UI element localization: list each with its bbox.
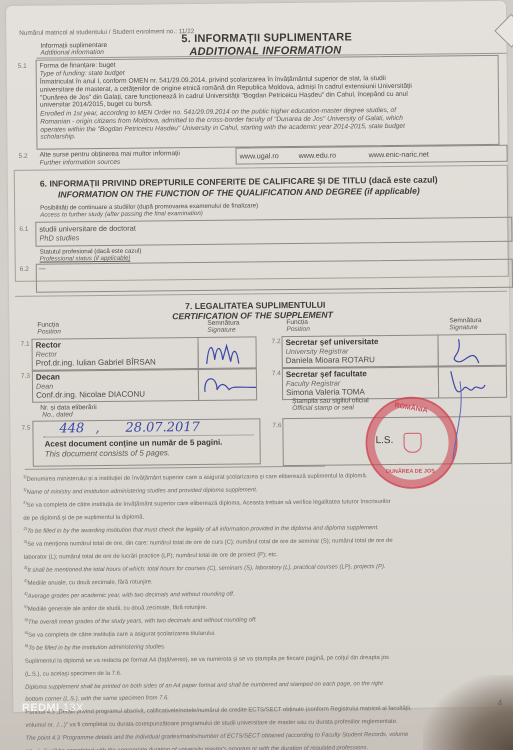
item-number: 7.1: [21, 341, 30, 348]
funding-box: Forma de finanțare: buget Type of fundin…: [36, 55, 500, 150]
signature-cell: [437, 334, 506, 367]
signatory-row: 7.4 Secretar șef facultate Faculty Regis…: [6, 1, 506, 6]
signatory-name: Simona Valeria TOMA: [286, 387, 365, 397]
signatory-row: 7.2 Secretar șef universitate University…: [6, 1, 506, 6]
position-cell: Decan Dean Conf.dr.ing. Nicolae DIACONU: [32, 369, 199, 403]
further-study-ro: studii universitare de doctorat: [39, 225, 136, 234]
professional-status-box: —: [36, 259, 513, 293]
stamp-label-en: Official stamp or seal: [292, 404, 354, 412]
role-ro: Rector: [36, 340, 61, 349]
further-study-en: PhD studies: [39, 234, 79, 242]
enrolment-details-ro: Înmatriculat în anul I, conform OMEN nr.…: [40, 75, 412, 110]
col-function-en-right: Position: [286, 326, 310, 334]
handwritten-signature-icon: [199, 369, 256, 400]
item-number: 7.2: [271, 338, 280, 345]
pages-note-ro: Acest document conține un număr de 5 pag…: [45, 438, 223, 449]
footnote-text: Se va completa de către instituția care …: [28, 630, 216, 638]
issue-date: 28.07.2017: [125, 420, 200, 436]
item-number: 7.5: [21, 425, 30, 432]
footnote-text: Denumirea ministerului și a instituției …: [26, 473, 367, 483]
link-enic-naric[interactable]: www.enic-naric.net: [369, 151, 429, 159]
info-links-box: www.ugal.ro www.edu.ro www.enic-naric.ne…: [235, 145, 507, 165]
signatories-table: 7.1 Rector Rector Prof.dr.ing. Iulian Ga…: [6, 1, 506, 6]
footnote-text: Mediile anuale, cu două zecimale, fără r…: [28, 579, 153, 586]
page-corner-marker: [494, 14, 513, 48]
further-info-label-en: Further information sources: [40, 159, 121, 168]
signatory-name: Prof.dr.ing. Iulian Gabriel BÎRSAN: [36, 357, 156, 367]
footnote-text: To be filled in by the institution admin…: [28, 644, 165, 651]
finger-shadow: [423, 675, 513, 750]
document-page: Numărul matricol al studentului / Studen…: [6, 1, 513, 712]
issue-label-en: No., dated: [42, 411, 73, 419]
item-number: 7.4: [272, 370, 281, 377]
link-ugal[interactable]: www.ugal.ro: [240, 152, 279, 160]
role-en: Rector: [36, 349, 57, 358]
footnote-text: Mediile generale ale anilor de studii, c…: [28, 605, 207, 613]
coat-of-arms-icon: [403, 433, 421, 453]
section5-title-ro: 5. INFORMAȚII SUPLIMENTARE: [181, 31, 352, 45]
role-en: Dean: [36, 382, 53, 391]
item-number: 5.2: [19, 153, 28, 160]
handwritten-signature-icon: [198, 337, 255, 368]
handwritten-signature-icon: [438, 335, 505, 366]
item-number: 6.2: [20, 266, 29, 273]
position-cell: Secretar șef facultate Faculty Registrar…: [282, 366, 439, 400]
item-number: 5.1: [18, 63, 27, 70]
footnote-text: It shall be mentioned the total hours of…: [27, 564, 385, 574]
role-ro: Decan: [36, 372, 60, 381]
footnote-text: Suplimentul la diplomă se va redacta pe …: [25, 655, 389, 665]
issue-number: 448: [59, 421, 84, 436]
footnote-text: no. ./...)' will be completed with the a…: [26, 746, 368, 750]
enrolment-details-en: Enrolled in 1st year, according to MEN O…: [40, 107, 405, 142]
watermark-model: 13X: [63, 702, 84, 714]
footnote-text: (L.S.), cu același specimen de la 7.6.: [25, 670, 122, 677]
section7-title-en: CERTIFICATION OF THE SUPPLEMENT: [172, 310, 333, 322]
signatory-name: Conf.dr.ing. Nicolae DIACONU: [36, 390, 145, 400]
footnote-text: Se va completa de către instituția de în…: [27, 499, 391, 509]
signature-cell: [198, 368, 257, 401]
footnote-text: de pe diplomă și de pe suplimentul la di…: [23, 514, 144, 521]
col-function-en: Position: [37, 328, 61, 336]
signature-cell: [197, 336, 256, 369]
footnote-text: Name of ministry and institution adminis…: [27, 487, 258, 495]
signatory-name: Daniela Mioara ROTARU: [286, 355, 375, 365]
professional-status-value: —: [39, 266, 46, 274]
footnote-text: laborator (L); numărul total de ore de l…: [24, 552, 278, 561]
enrolment-number: Numărul matricol al studentului / Studen…: [19, 28, 194, 37]
item-number: 7.3: [21, 373, 30, 380]
issue-box: 448 , 28.07.2017 Acest document conține …: [32, 418, 260, 466]
pages-note-en: This document consists of 5 pages.: [45, 448, 170, 458]
watermark-brand: REDMI: [22, 702, 59, 714]
signature-stroke: [438, 379, 479, 461]
footnote-text: Se va menționa numărul total de ore, din…: [27, 538, 392, 548]
position-cell: Secretar șef universitate University Reg…: [281, 334, 438, 368]
footnote-text: Average grades per academic year, with t…: [28, 591, 235, 599]
col-signature-en: Signature: [207, 327, 235, 335]
signatory-row: 7.3 Decan Dean Conf.dr.ing. Nicolae DIAC…: [6, 1, 506, 6]
col-signature-en-right: Signature: [449, 324, 477, 332]
signatory-row: 7.1 Rector Rector Prof.dr.ing. Iulian Ga…: [6, 1, 506, 6]
professional-status-label-en: Professional status (if applicable): [40, 255, 131, 263]
camera-watermark: REDMI 13X: [22, 702, 84, 714]
item-number: 6.1: [19, 226, 28, 233]
item-number: 7.6: [272, 422, 281, 429]
seal-top-text: ROMÂNIA: [394, 402, 428, 414]
position-cell: Rector Rector Prof.dr.ing. Iulian Gabrie…: [31, 337, 198, 371]
link-edu[interactable]: www.edu.ro: [299, 152, 337, 160]
footnote-text: The overall mean grades of the study yea…: [28, 617, 257, 625]
further-study-box: studii universitare de doctorat PhD stud…: [35, 217, 512, 247]
